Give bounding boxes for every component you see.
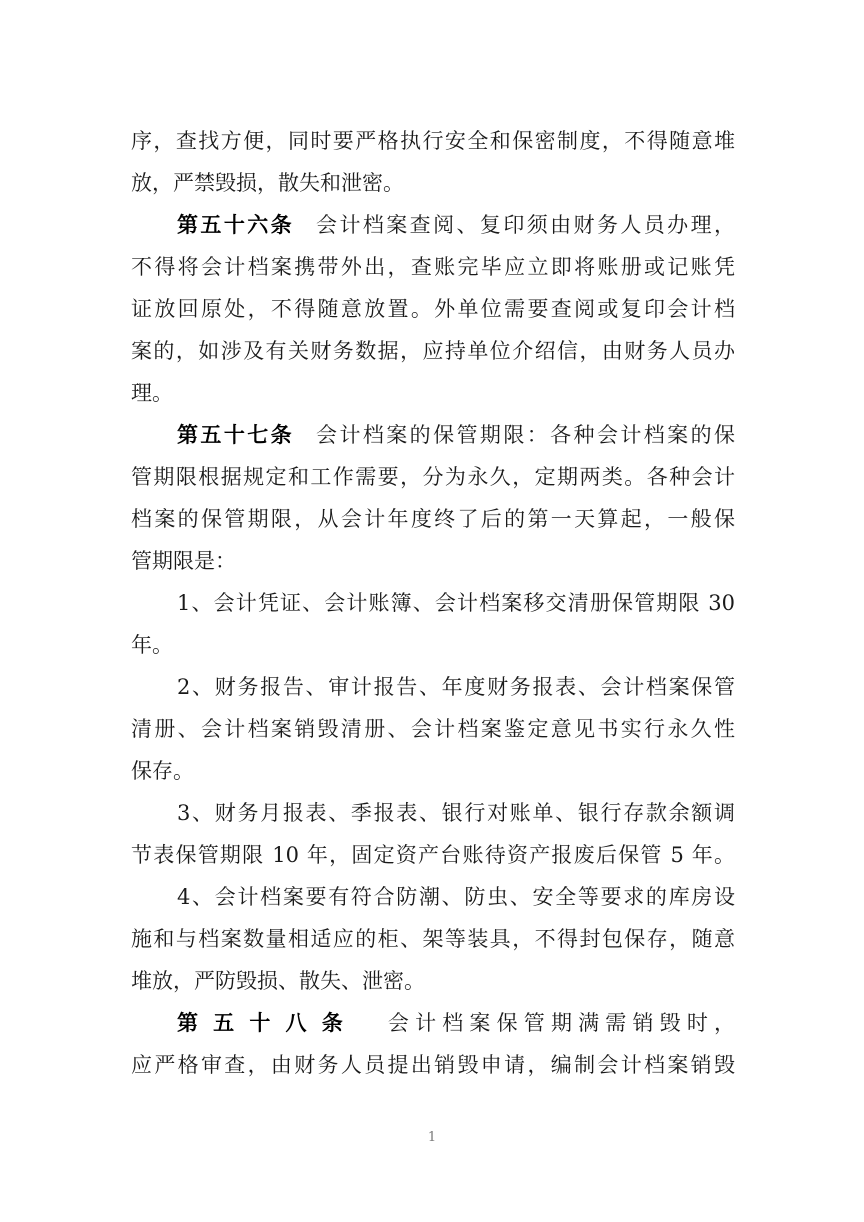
article-heading: 第五十七条: [177, 422, 294, 447]
article-heading: 第五十八条: [177, 1010, 358, 1035]
text-line: 档案的保管期限，从会计年度终了后的第一天算起，一般保: [131, 498, 735, 540]
article-57-first-line: 第五十七条会计档案的保管期限：各种会计档案的保: [131, 414, 735, 456]
article-58-first-line: 第五十八条会计档案保管期满需销毁时，: [131, 1002, 735, 1044]
text-line: 节表保管期限 10 年，固定资产台账待资产报废后保管 5 年。: [131, 834, 735, 876]
article-heading: 第五十六条: [177, 212, 294, 237]
list-item-2: 2、财务报告、审计报告、年度财务报表、会计档案保管: [131, 666, 735, 708]
article-text: 会计档案保管期满需销毁时，: [388, 1011, 735, 1035]
page-number: 1: [0, 1130, 864, 1145]
text-line: 清册、会计档案销毁清册、会计档案鉴定意见书实行永久性: [131, 708, 735, 750]
text-line: 不得将会计档案携带外出，查账完毕应立即将账册或记账凭: [131, 246, 735, 288]
text-line: 施和与档案数量相适应的柜、架等装具，不得封包保存，随意: [131, 918, 735, 960]
text-line: 案的，如涉及有关财务数据，应持单位介绍信，由财务人员办: [131, 330, 735, 372]
document-body: 序，查找方便，同时要严格执行安全和保密制度，不得随意堆 放，严禁毁损，散失和泄密…: [131, 120, 735, 1086]
text-line: 理。: [131, 372, 735, 414]
text-line: 序，查找方便，同时要严格执行安全和保密制度，不得随意堆: [131, 120, 735, 162]
text-line: 年。: [131, 624, 735, 666]
text-line: 管期限是：: [131, 540, 735, 582]
text-line: 放，严禁毁损，散失和泄密。: [131, 162, 735, 204]
text-line: 保存。: [131, 750, 735, 792]
article-text: 会计档案查阅、复印须由财务人员办理，: [316, 213, 735, 237]
text-line: 证放回原处，不得随意放置。外单位需要查阅或复印会计档: [131, 288, 735, 330]
text-line: 应严格审查，由财务人员提出销毁申请，编制会计档案销毁: [131, 1044, 735, 1086]
list-item-3: 3、财务月报表、季报表、银行对账单、银行存款余额调: [131, 792, 735, 834]
list-item-1: 1、会计凭证、会计账簿、会计档案移交清册保管期限 30: [131, 582, 735, 624]
text-line: 堆放，严防毁损、散失、泄密。: [131, 960, 735, 1002]
document-page: 序，查找方便，同时要严格执行安全和保密制度，不得随意堆 放，严禁毁损，散失和泄密…: [0, 0, 864, 1222]
text-line: 管期限根据规定和工作需要，分为永久，定期两类。各种会计: [131, 456, 735, 498]
article-text: 会计档案的保管期限：各种会计档案的保: [316, 423, 735, 447]
article-56-first-line: 第五十六条会计档案查阅、复印须由财务人员办理，: [131, 204, 735, 246]
list-item-4: 4、会计档案要有符合防潮、防虫、安全等要求的库房设: [131, 876, 735, 918]
